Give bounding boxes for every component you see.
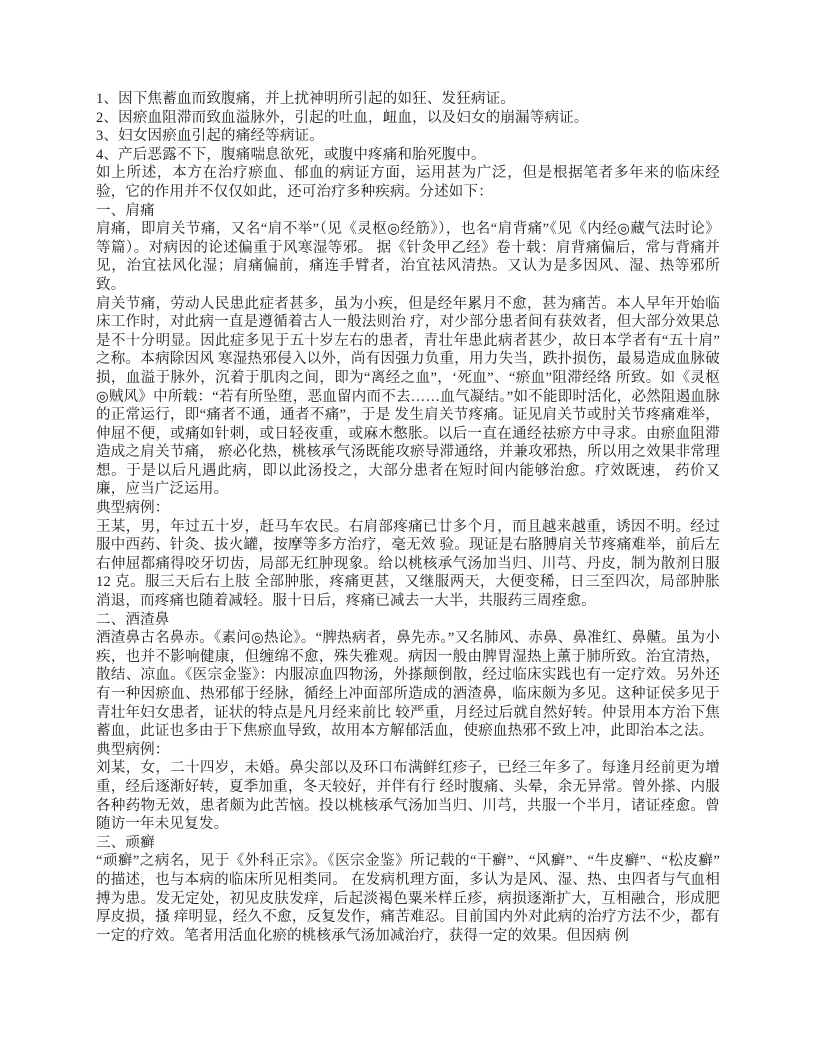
section-heading-psoriasis: 三、顽癣 xyxy=(96,834,720,853)
shoulder-pain-definition-paragraph: 肩痛，即肩关节痛，又名“肩不举”（见《灵枢◎经筋》），也名“肩背痛”《见《内经◎… xyxy=(96,220,720,294)
list-item-3: 3、妇女因瘀血引起的痛经等病证。 xyxy=(96,127,720,146)
shoulder-pain-discussion-paragraph: 肩关节痛，劳动人民患此症者甚多，虽为小疾，但是经年累月不愈，甚为痛苦。本人早年开… xyxy=(96,295,720,500)
intro-paragraph: 如上所述，本方在治疗瘀血、郁血的病证方面，运用甚为广泛，但是根据笔者多年来的临床… xyxy=(96,164,720,201)
list-item-2: 2、因瘀血阻滞而致血溢脉外，引起的吐血，衄血，以及妇女的崩漏等病证。 xyxy=(96,109,720,128)
case-report-wang: 王某，男，年过五十岁，赶马车农民。右肩部疼痛已廿多个月，而且越来越重，诱因不明。… xyxy=(96,518,720,611)
rosacea-discussion-paragraph: 酒渣鼻古名鼻赤。《素问◎热论》。“脾热病者，鼻先赤。”又名肺风、赤鼻、鼻准红、鼻… xyxy=(96,629,720,741)
list-item-1: 1、因下焦蓄血而致腹痛，并上扰神明所引起的如狂、发狂病证。 xyxy=(96,90,720,109)
psoriasis-discussion-paragraph: “顽癣”之病名，见于《外科正宗》。《医宗金鉴》所记载的“干癣”、“风癣”、“牛皮… xyxy=(96,852,720,945)
document-page: 1、因下焦蓄血而致腹痛，并上扰神明所引起的如狂、发狂病证。 2、因瘀血阻滞而致血… xyxy=(0,0,816,1056)
case-report-liu: 刘某，女，二十四岁，未婚。鼻尖部以及环口布满鲜红疹子，已经三年多了。每逢月经前更… xyxy=(96,759,720,833)
section-heading-rosacea: 二、酒渣鼻 xyxy=(96,611,720,630)
case-label-shoulder: 典型病例： xyxy=(96,499,720,518)
section-heading-shoulder-pain: 一、肩痛 xyxy=(96,202,720,221)
list-item-4: 4、产后恶露不下，腹痛喘息欲死，或腹中疼痛和胎死腹中。 xyxy=(96,146,720,165)
case-label-rosacea: 典型病例： xyxy=(96,741,720,760)
